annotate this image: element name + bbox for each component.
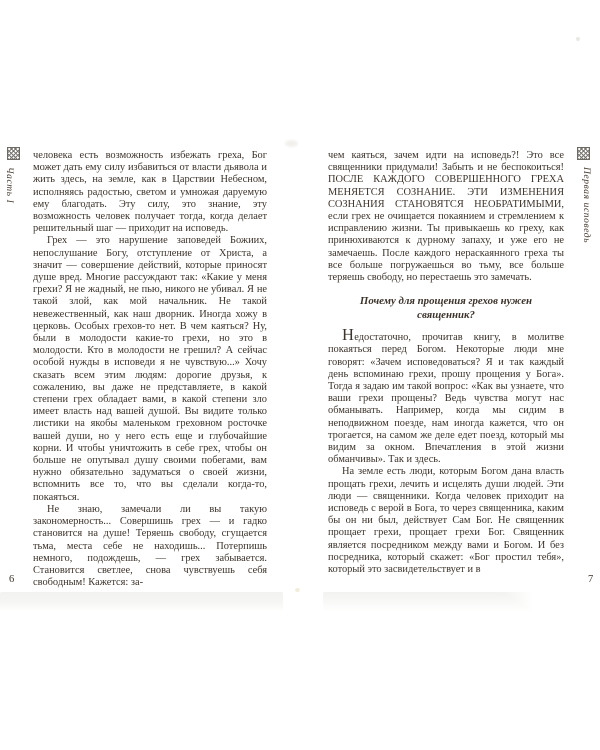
drop-cap-initial: Н xyxy=(342,325,354,344)
scan-artifact xyxy=(295,588,300,592)
book-bottom-edge-shadow xyxy=(323,592,533,612)
body-paragraph: Не знаю, замечали ли вы такую закономерн… xyxy=(33,504,267,589)
book-bottom-edge-shadow xyxy=(0,592,283,612)
scan-artifact xyxy=(576,37,580,41)
knot-ornament-icon xyxy=(577,147,590,160)
right-margin-label: Первая исповедь xyxy=(581,167,591,243)
body-paragraph: человека есть возможность избежать греха… xyxy=(33,150,267,235)
left-page-text-block: человека есть возможность избежать греха… xyxy=(33,150,267,589)
body-paragraph: чем каяться, зачем идти на исповедь?! Эт… xyxy=(328,150,564,284)
body-paragraph: Грех — это нарушение заповедей Божиих, н… xyxy=(33,235,267,503)
right-page-number: 7 xyxy=(588,574,593,585)
paragraph-text: едостаточно, прочитав книгу, в молитве п… xyxy=(328,332,564,465)
body-paragraph: На земле есть люди, которым Богом дана в… xyxy=(328,466,564,576)
knot-ornament-icon xyxy=(7,147,20,160)
right-page-text-block: чем каяться, зачем идти на исповедь?! Эт… xyxy=(328,150,564,576)
body-paragraph: Недостаточно, прочитав книгу, в молитве … xyxy=(328,330,564,466)
book-scan: Часть I человека есть возможность избежа… xyxy=(0,0,600,750)
section-heading: Почему для прощения грехов нужен священн… xyxy=(350,295,542,322)
scan-artifact xyxy=(285,140,298,147)
left-margin-label: Часть I xyxy=(4,167,14,203)
left-page-number: 6 xyxy=(9,574,14,585)
